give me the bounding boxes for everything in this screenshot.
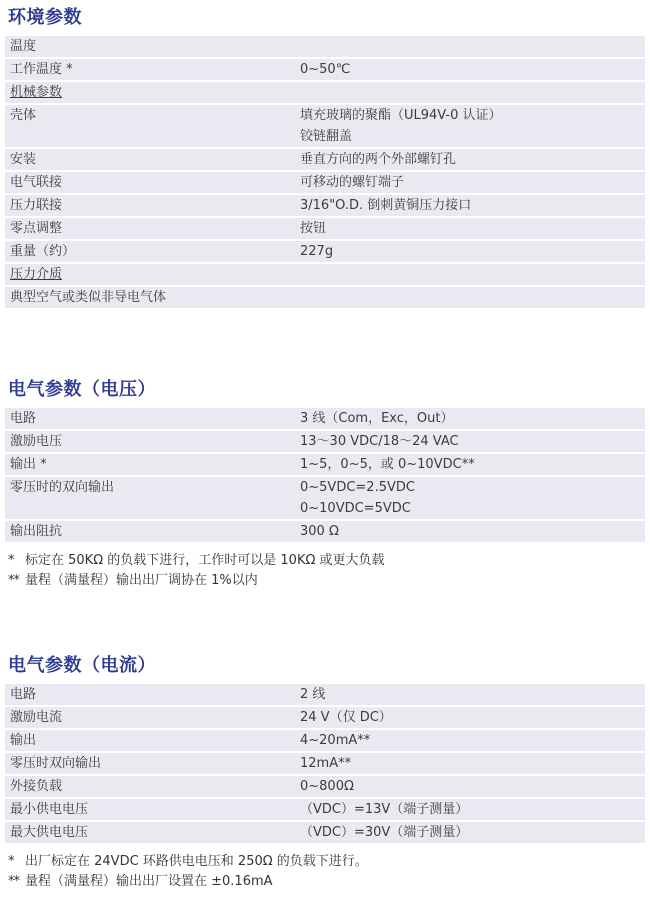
footnote-marker: * <box>8 852 25 872</box>
spec-label: 零点调整 <box>10 218 300 239</box>
spec-row: 零点调整按钮 <box>5 218 645 239</box>
spec-row: 重量（约）227g <box>5 241 645 262</box>
spec-row: 最大供电电压（VDC）=30V（端子测量） <box>5 822 645 843</box>
spec-value: 227g <box>300 241 639 262</box>
spec-value: 可移动的螺钉端子 <box>300 172 639 193</box>
spec-table: 电路3 线（Com，Exc，Out）激励电压13～30 VDC/18～24 VA… <box>5 408 645 542</box>
spec-label: 零压时双向输出 <box>10 753 300 774</box>
spec-row: 温度 <box>5 36 645 57</box>
spec-label: 工作温度 * <box>10 59 300 80</box>
spec-row: 机械参数 <box>5 82 645 103</box>
spec-label: 壳体 <box>10 105 300 147</box>
footnote-marker: ** <box>8 872 25 892</box>
footnote-text: 出厂标定在 24VDC 环路供电电压和 250Ω 的负载下进行。 <box>25 852 645 872</box>
section-title: 电气参数（电压） <box>8 379 645 400</box>
footnote-list: *标定在 50KΩ 的负载下进行，工作时可以是 10KΩ 或更大负载**量程（满… <box>8 551 645 591</box>
spec-label: 重量（约） <box>10 241 300 262</box>
page: 环境参数温度工作温度 *0~50℃机械参数壳体填充玻璃的聚酯（UL94V-0 认… <box>0 0 650 892</box>
spec-row: 输出 *1~5，0~5，或 0~10VDC** <box>5 454 645 475</box>
spec-label: 外接负载 <box>10 776 300 797</box>
spec-value: 1~5，0~5，或 0~10VDC** <box>300 454 639 475</box>
spec-row: 壳体填充玻璃的聚酯（UL94V-0 认证） 铰链翻盖 <box>5 105 645 147</box>
spec-value: 垂直方向的两个外部螺钉孔 <box>300 149 639 170</box>
spec-label: 安装 <box>10 149 300 170</box>
spec-row: 输出阻抗300 Ω <box>5 521 645 542</box>
spec-row: 安装垂直方向的两个外部螺钉孔 <box>5 149 645 170</box>
spec-value <box>300 287 639 308</box>
spec-row: 电路3 线（Com，Exc，Out） <box>5 408 645 429</box>
spec-row: 电气联接可移动的螺钉端子 <box>5 172 645 193</box>
footnote-list: *出厂标定在 24VDC 环路供电电压和 250Ω 的负载下进行。**量程（满量… <box>8 852 645 892</box>
spec-row: 零压时的双向输出0~5VDC=2.5VDC 0~10VDC=5VDC <box>5 477 645 519</box>
spec-label: 压力介质 <box>10 264 300 285</box>
section-title: 电气参数（电流） <box>8 655 645 676</box>
footnote-text: 标定在 50KΩ 的负载下进行，工作时可以是 10KΩ 或更大负载 <box>25 551 645 571</box>
spec-row: 典型空气或类似非导电气体 <box>5 287 645 308</box>
section-title: 环境参数 <box>8 7 645 28</box>
spec-label: 电气联接 <box>10 172 300 193</box>
footnote-item: **量程（满量程）输出出厂设置在 ±0.16mA <box>8 872 645 892</box>
spec-row: 压力介质 <box>5 264 645 285</box>
spec-value: 300 Ω <box>300 521 639 542</box>
spec-value: 按钮 <box>300 218 639 239</box>
footnote-marker: ** <box>8 571 25 591</box>
spec-value <box>300 36 639 57</box>
spec-label: 激励电流 <box>10 707 300 728</box>
spec-value: 12mA** <box>300 753 639 774</box>
footnote-item: *标定在 50KΩ 的负载下进行，工作时可以是 10KΩ 或更大负载 <box>8 551 645 571</box>
spec-value: 0~800Ω <box>300 776 639 797</box>
spec-row: 激励电压13～30 VDC/18～24 VAC <box>5 431 645 452</box>
spec-section: 电气参数（电压）电路3 线（Com，Exc，Out）激励电压13～30 VDC/… <box>5 379 645 591</box>
spec-value: 3/16"O.D. 倒刺黄铜压力接口 <box>300 195 639 216</box>
spec-label: 最小供电电压 <box>10 799 300 820</box>
spec-table: 电路2 线激励电流24 V（仅 DC）输出4~20mA**零压时双向输出12mA… <box>5 684 645 843</box>
spec-value: 3 线（Com，Exc，Out） <box>300 408 639 429</box>
spec-table: 温度工作温度 *0~50℃机械参数壳体填充玻璃的聚酯（UL94V-0 认证） 铰… <box>5 36 645 308</box>
spec-label: 电路 <box>10 408 300 429</box>
spec-label: 最大供电电压 <box>10 822 300 843</box>
spec-value: 0~50℃ <box>300 59 639 80</box>
footnote-item: **量程（满量程）输出出厂调协在 1%以内 <box>8 571 645 591</box>
spec-value: （VDC）=13V（端子测量） <box>300 799 639 820</box>
spec-row: 最小供电电压（VDC）=13V（端子测量） <box>5 799 645 820</box>
spec-row: 激励电流24 V（仅 DC） <box>5 707 645 728</box>
spec-label: 输出阻抗 <box>10 521 300 542</box>
spec-value: 4~20mA** <box>300 730 639 751</box>
spec-value: （VDC）=30V（端子测量） <box>300 822 639 843</box>
footnote-item: *出厂标定在 24VDC 环路供电电压和 250Ω 的负载下进行。 <box>8 852 645 872</box>
spec-row: 外接负载0~800Ω <box>5 776 645 797</box>
spec-value: 0~5VDC=2.5VDC 0~10VDC=5VDC <box>300 477 639 519</box>
spec-row: 输出4~20mA** <box>5 730 645 751</box>
spec-label: 温度 <box>10 36 300 57</box>
spec-value <box>300 264 639 285</box>
spec-value <box>300 82 639 103</box>
spec-row: 工作温度 *0~50℃ <box>5 59 645 80</box>
spec-label: 零压时的双向输出 <box>10 477 300 519</box>
spec-row: 电路2 线 <box>5 684 645 705</box>
spec-section: 电气参数（电流）电路2 线激励电流24 V（仅 DC）输出4~20mA**零压时… <box>5 655 645 892</box>
spec-value: 2 线 <box>300 684 639 705</box>
spec-label: 机械参数 <box>10 82 300 103</box>
footnote-marker: * <box>8 551 25 571</box>
spec-label: 压力联接 <box>10 195 300 216</box>
footnote-text: 量程（满量程）输出出厂设置在 ±0.16mA <box>25 872 645 892</box>
spec-label: 输出 * <box>10 454 300 475</box>
spec-label: 电路 <box>10 684 300 705</box>
spec-section: 环境参数温度工作温度 *0~50℃机械参数壳体填充玻璃的聚酯（UL94V-0 认… <box>5 7 645 308</box>
spec-row: 压力联接3/16"O.D. 倒刺黄铜压力接口 <box>5 195 645 216</box>
spec-label: 典型空气或类似非导电气体 <box>10 287 300 308</box>
footnote-text: 量程（满量程）输出出厂调协在 1%以内 <box>25 571 645 591</box>
spec-value: 24 V（仅 DC） <box>300 707 639 728</box>
spec-label: 激励电压 <box>10 431 300 452</box>
spec-row: 零压时双向输出12mA** <box>5 753 645 774</box>
spec-value: 13～30 VDC/18～24 VAC <box>300 431 639 452</box>
spec-label: 输出 <box>10 730 300 751</box>
spec-value: 填充玻璃的聚酯（UL94V-0 认证） 铰链翻盖 <box>300 105 639 147</box>
